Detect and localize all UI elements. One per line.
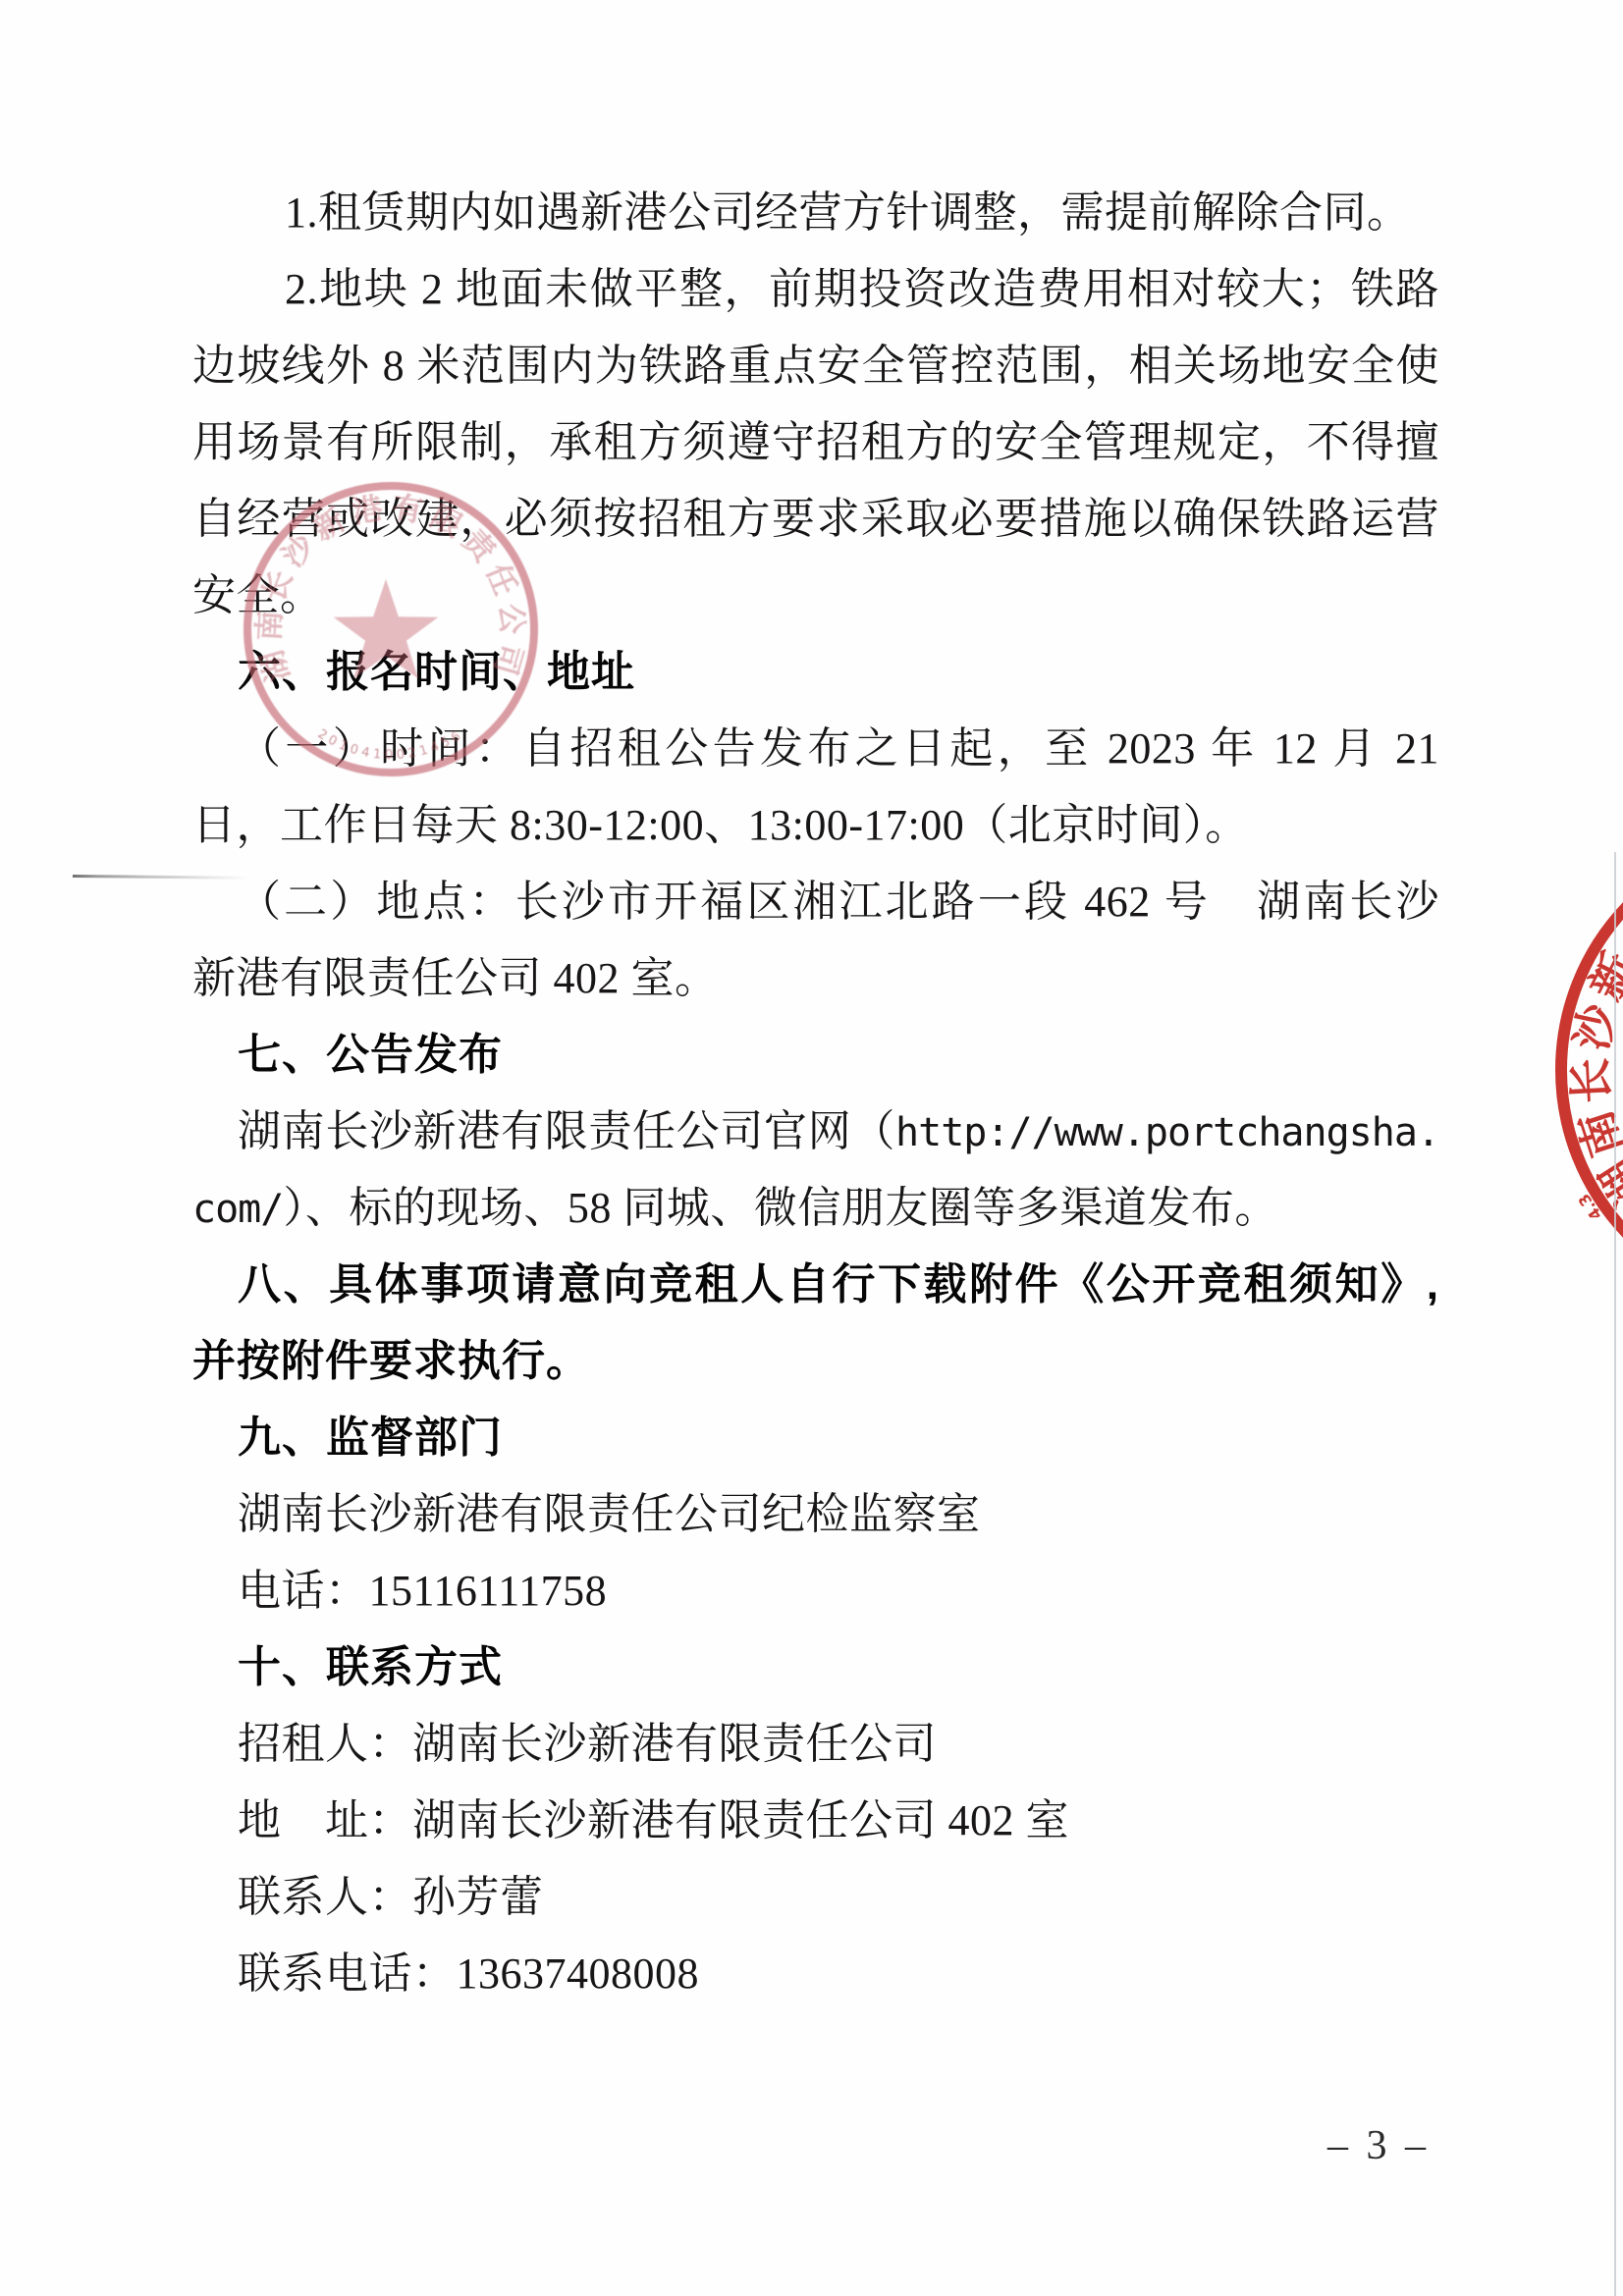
- text-segment: 十、联系方式: [238, 1643, 503, 1691]
- document-text: 1.租赁期内如遇新港公司经营方针调整，需提前解除合同。2.地块 2 地面未做平整…: [192, 175, 1439, 2012]
- edge-seal-char: 长: [1564, 1057, 1617, 1105]
- text-segment: 边坡线外 8 米范围内为铁路重点安全管控范围，相关场地安全使: [192, 342, 1439, 390]
- text-line: 九、监督部门: [192, 1400, 1439, 1476]
- text-segment: 用场景有所限制，承租方须遵守招租方的安全管理规定，不得擅: [192, 418, 1439, 466]
- text-segment: 六、报名时间、地址: [238, 648, 635, 696]
- text-line: 联系电话：13637408008: [192, 1936, 1439, 2012]
- page-number: – 3 –: [1327, 2122, 1430, 2169]
- text-line: 招租人：湖南长沙新港有限责任公司: [192, 1706, 1439, 1783]
- text-segment: 2.地块 2 地面未做平整，前期投资改造费用相对较大；铁路: [285, 265, 1439, 313]
- text-segment: 地 址：湖南长沙新港有限责任公司 402 室: [238, 1796, 1069, 1844]
- edge-seal-char: 新: [1580, 944, 1623, 1008]
- text-segment: 并按附件要求执行。: [192, 1337, 590, 1385]
- text-line: 八、具体事项请意向竞租人自行下载附件《公开竞租须知》,: [192, 1247, 1439, 1323]
- text-line: 湖南长沙新港有限责任公司官网（http://www.portchangsha.: [192, 1094, 1439, 1170]
- text-segment: ）、标的现场、58 同城、微信朋友圈等多渠道发布。: [283, 1184, 1278, 1232]
- text-segment: 1.租赁期内如遇新港公司经营方针调整，需提前解除合同。: [285, 188, 1411, 237]
- text-segment: 七、公告发布: [238, 1031, 503, 1079]
- text-line: 2.地块 2 地面未做平整，前期投资改造费用相对较大；铁路: [192, 251, 1439, 328]
- text-segment: 联系人：孙芳蕾: [238, 1873, 544, 1921]
- text-line: 联系人：孙芳蕾: [192, 1859, 1439, 1936]
- text-line: com/）、标的现场、58 同城、微信朋友圈等多渠道发布。: [192, 1170, 1439, 1247]
- text-line: 六、报名时间、地址: [192, 634, 1439, 711]
- document-page: 1.租赁期内如遇新港公司经营方针调整，需提前解除合同。2.地块 2 地面未做平整…: [0, 0, 1623, 2296]
- text-segment: 电话：15116111758: [238, 1567, 607, 1615]
- text-segment: 湖南长沙新港有限责任公司官网（: [238, 1107, 895, 1155]
- text-segment: 九、监督部门: [238, 1414, 503, 1462]
- url-text: http://www.portchangsha.: [895, 1110, 1439, 1155]
- text-segment: 新港有限责任公司 402 室。: [192, 954, 719, 1002]
- text-line: 十、联系方式: [192, 1629, 1439, 1706]
- url-text: com/: [192, 1187, 283, 1232]
- text-segment: 招租人：湖南长沙新港有限责任公司: [238, 1720, 937, 1768]
- edge-seal-stamp: 新沙长南湖 4.3: [1532, 883, 1623, 1276]
- edge-seal-code: 4.3: [1574, 1190, 1605, 1223]
- text-line: 电话：15116111758: [192, 1553, 1439, 1629]
- text-line: 七、公告发布: [192, 1017, 1439, 1094]
- edge-seal-char: 湖: [1591, 1149, 1623, 1215]
- text-line: （一）时间：自招租公告发布之日起，至 2023 年 12 月 21: [192, 711, 1439, 787]
- text-segment: 日，工作日每天 8:30-12:00、13:00-17:00（北京时间）。: [192, 801, 1249, 849]
- text-segment: 联系电话：13637408008: [238, 1949, 699, 1998]
- text-line: 新港有限责任公司 402 室。: [192, 940, 1439, 1017]
- text-segment: （一）时间：自招租公告发布之日起，至 2023 年 12 月 21: [238, 724, 1439, 773]
- text-line: 用场景有所限制，承租方须遵守招租方的安全管理规定，不得擅: [192, 404, 1439, 481]
- text-line: 1.租赁期内如遇新港公司经营方针调整，需提前解除合同。: [192, 175, 1439, 251]
- text-segment: （二）地点：长沙市开福区湘江北路一段 462 号 湖南长沙: [238, 878, 1439, 926]
- text-segment: 安全。: [192, 571, 324, 619]
- text-segment: 自经营或改建，必须按招租方要求采取必要措施以确保铁路运营: [192, 495, 1439, 543]
- text-line: 边坡线外 8 米范围内为铁路重点安全管控范围，相关场地安全使: [192, 328, 1439, 404]
- text-segment: 湖南长沙新港有限责任公司纪检监察室: [238, 1490, 981, 1538]
- text-line: （二）地点：长沙市开福区湘江北路一段 462 号 湖南长沙: [192, 864, 1439, 940]
- text-line: 安全。: [192, 558, 1439, 634]
- text-line: 湖南长沙新港有限责任公司纪检监察室: [192, 1476, 1439, 1553]
- text-line: 日，工作日每天 8:30-12:00、13:00-17:00（北京时间）。: [192, 787, 1439, 864]
- text-line: 并按附件要求执行。: [192, 1323, 1439, 1400]
- text-line: 地 址：湖南长沙新港有限责任公司 402 室: [192, 1783, 1439, 1859]
- text-segment: 八、具体事项请意向竞租人自行下载附件《公开竞租须知》,: [238, 1260, 1439, 1308]
- scan-edge-shadow: [1614, 852, 1616, 2296]
- text-line: 自经营或改建，必须按招租方要求采取必要措施以确保铁路运营: [192, 481, 1439, 558]
